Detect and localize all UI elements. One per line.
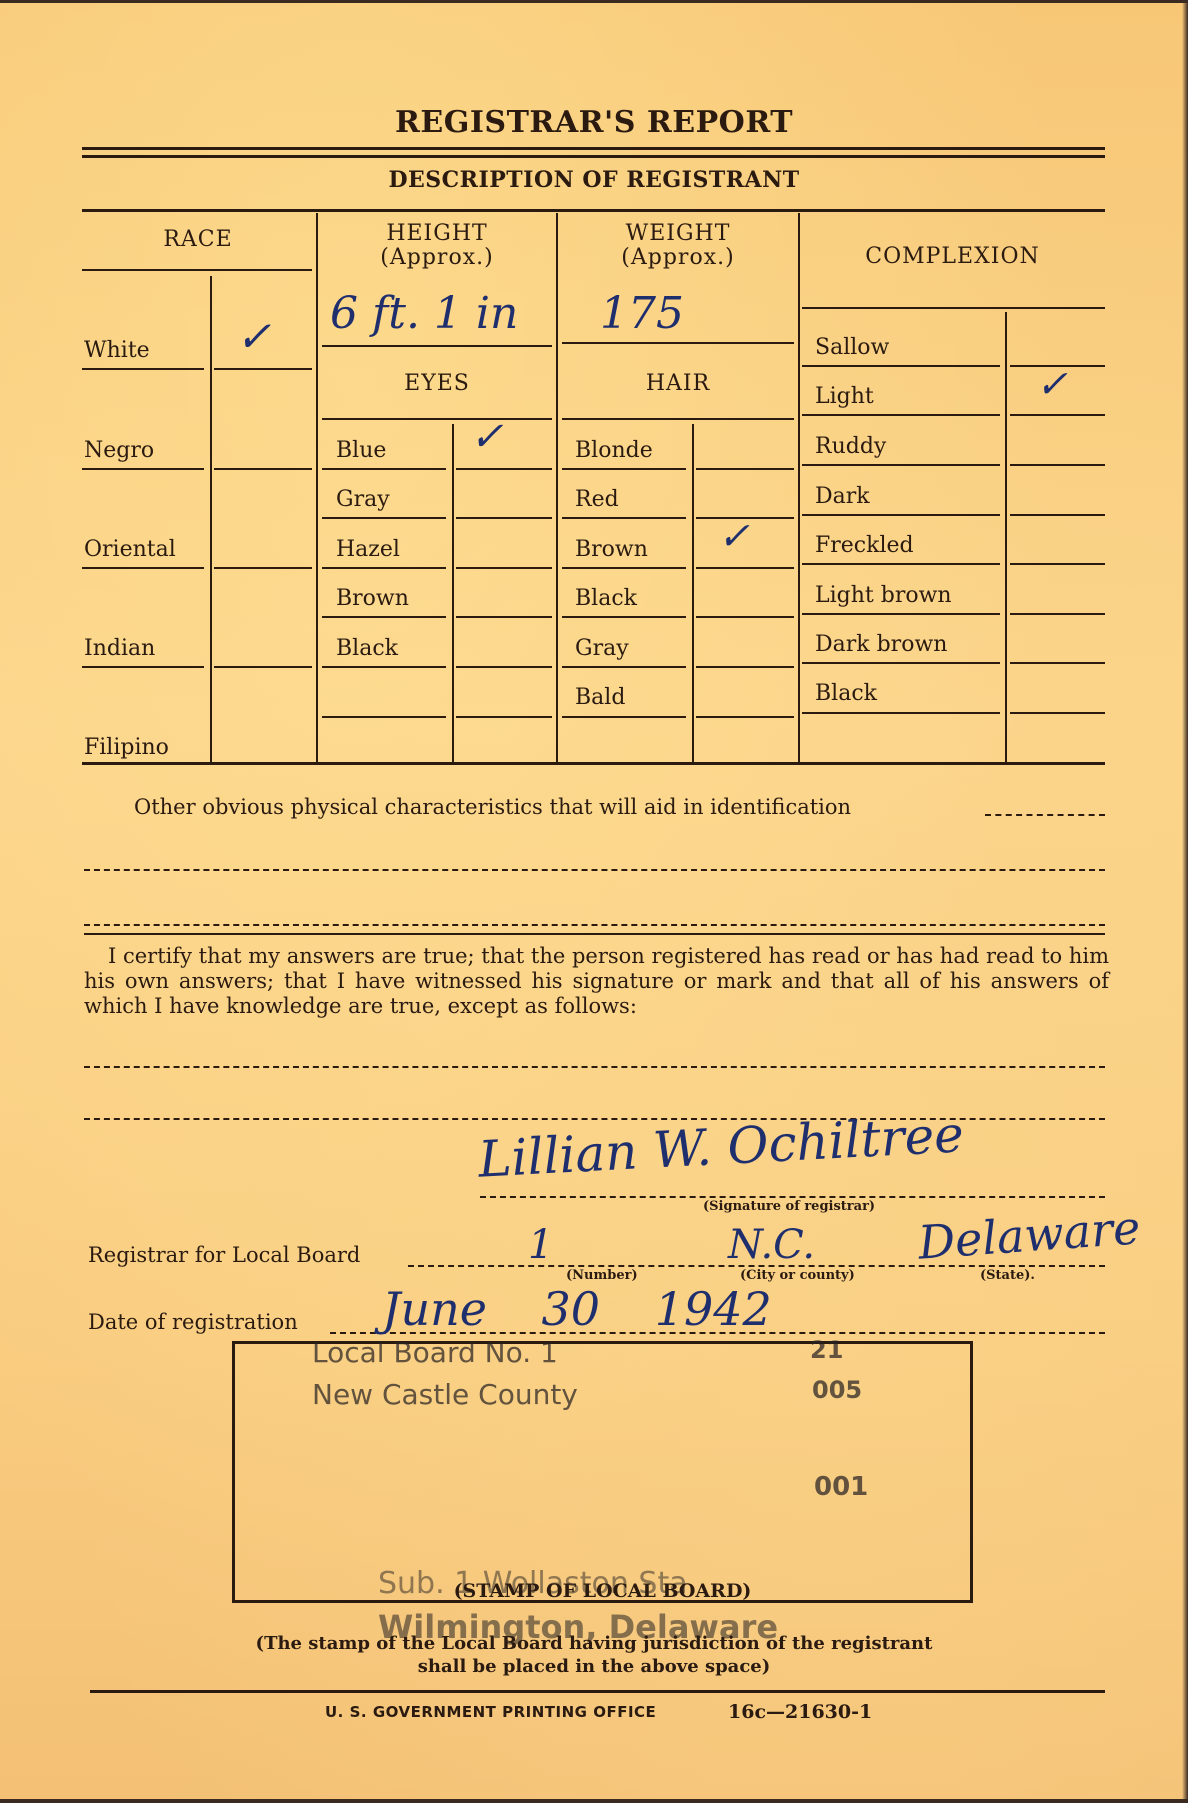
eyes-row-rule [456,517,552,519]
complexion-option-ruddy: Ruddy [815,434,886,459]
eyes-row-rule [322,468,446,470]
complexion-row-rule [802,712,1000,714]
complexion-option-dark: Dark [815,484,870,509]
complexion-row-rule [1010,464,1105,466]
eyes-header: EYES [318,372,556,396]
other-characteristics-label: Other obvious physical characteristics t… [134,795,851,820]
race-row-rule [82,368,204,370]
page-edge-bottom [0,1799,1188,1803]
eyes-option-gray: Gray [336,487,390,512]
complexion-option-light-brown: Light brown [815,583,952,608]
height-header: HEIGHT [318,222,556,246]
complexion-header-rule [802,307,1105,309]
hair-option-red: Red [575,487,619,512]
local-board-city[interactable]: N.C. [728,1222,815,1268]
hair-option-gray: Gray [575,636,629,661]
complexion-row-rule [1010,613,1105,615]
race-row-rule [214,567,312,569]
eyes-option-blue: Blue [336,438,386,463]
complexion-row-rule [802,563,1000,565]
hair-row-rule [562,616,686,618]
complexion-option-black: Black [815,681,877,706]
section-title: DESCRIPTION OF REGISTRANT [0,167,1188,193]
eyes-row-rule [322,567,446,569]
local-board-label: Registrar for Local Board [88,1243,360,1268]
complexion-row-rule [1010,712,1105,714]
stamp-code-3: 001 [814,1472,868,1502]
complexion-row-rule [802,365,1000,367]
race-option-white: White [84,338,150,363]
hair-option-black: Black [575,586,637,611]
stamp-instructions-line-2: shall be placed in the above space) [0,1656,1188,1677]
hair-row-rule [696,616,794,618]
complexion-row-rule [802,414,1000,416]
form-title: REGISTRAR'S REPORT [0,105,1188,140]
weight-header: WEIGHT [558,222,798,246]
race-row-rule [82,567,204,569]
eyes-option-brown: Brown [336,586,409,611]
race-row-rule [82,468,204,470]
hair-row-rule [696,716,794,718]
stamp-instructions-line-1: (The stamp of the Local Board having jur… [0,1633,1188,1654]
exceptions-line-1[interactable] [84,1066,1105,1068]
complexion-option-dark-brown: Dark brown [815,632,947,657]
race-check-column [210,276,212,763]
eyes-header-rule [322,418,552,420]
hair-row-rule [562,517,686,519]
race-row-rule [214,468,312,470]
race-row-rule [214,368,312,370]
complexion-row-rule [1010,563,1105,565]
complexion-light-checkmark[interactable]: ✓ [1036,362,1068,406]
eyes-row-rule [456,666,552,668]
title-rule-bottom [82,155,1105,158]
other-characteristics-line-1[interactable] [985,814,1105,816]
stamp-line-2: New Castle County [312,1378,578,1411]
hair-header: HAIR [558,372,798,396]
city-caption: (City or county) [740,1268,855,1283]
eyes-row-rule [456,468,552,470]
hair-option-blonde: Blonde [575,438,653,463]
eyes-row-rule [322,517,446,519]
complexion-option-sallow: Sallow [815,335,889,360]
table-bottom-rule [82,762,1105,765]
height-value-rule [322,345,552,347]
hair-row-rule [562,716,686,718]
eyes-blue-checkmark[interactable]: ✓ [470,414,504,460]
state-caption: (State). [980,1268,1035,1283]
race-white-checkmark[interactable]: ✓ [236,312,271,361]
hair-row-rule [562,567,686,569]
complexion-row-rule [802,514,1000,516]
signature-caption: (Signature of registrar) [703,1199,875,1214]
eyes-row-rule [322,616,446,618]
stamp-line-1: Local Board No. 1 [312,1336,558,1369]
table-top-rule [82,209,1105,212]
footer-rule [90,1690,1105,1693]
height-value[interactable]: 6 ft. 1 in [330,288,518,339]
complexion-row-rule [802,464,1000,466]
race-option-filipino: Filipino [84,735,169,760]
col-divider-height-weight [556,213,558,763]
eyes-row-rule [456,567,552,569]
other-characteristics-line-3[interactable] [84,924,1105,926]
document-page: REGISTRAR'S REPORT DESCRIPTION OF REGIST… [0,0,1188,1803]
eyes-row-rule [322,666,446,668]
complexion-option-freckled: Freckled [815,533,914,558]
certification-text: I certify that my answers are true; that… [84,944,1109,1019]
hair-header-rule [562,418,794,420]
race-row-rule [82,666,204,668]
race-option-negro: Negro [84,438,154,463]
col-divider-race-height [316,213,318,763]
race-header: RACE [82,228,314,252]
complexion-option-light: Light [815,384,874,409]
weight-value[interactable]: 175 [600,288,684,339]
weight-value-rule [562,342,794,344]
height-approx-label: (Approx.) [318,246,556,270]
stamp-caption: (STAMP OF LOCAL BOARD) [232,1580,973,1602]
eyes-row-rule [456,716,552,718]
race-option-oriental: Oriental [84,537,176,562]
stamp-code-1: 21 [810,1336,843,1364]
complexion-row-rule [802,613,1000,615]
complexion-header: COMPLEXION [800,245,1105,269]
eyes-option-hazel: Hazel [336,537,400,562]
local-board-state[interactable]: Delaware [916,1200,1141,1269]
page-edge-top [0,0,1188,3]
printer-imprint: U. S. GOVERNMENT PRINTING OFFICE [325,1703,656,1721]
hair-brown-checkmark[interactable]: ✓ [718,514,750,558]
col-divider-weight-complexion [798,213,800,763]
race-header-rule [82,269,312,271]
eyes-row-rule [456,616,552,618]
hair-check-column [692,424,694,763]
weight-approx-label: (Approx.) [558,246,798,270]
date-value[interactable]: June 30 1942 [382,1282,772,1336]
number-caption: (Number) [566,1268,638,1283]
title-rule-top [82,147,1105,150]
stamp-code-2: 005 [812,1376,862,1404]
complexion-row-rule [1010,662,1105,664]
hair-option-brown: Brown [575,537,648,562]
page-edge-right [1182,0,1188,1803]
complexion-row-rule [802,662,1000,664]
race-row-rule [214,666,312,668]
signature-line [480,1196,1105,1198]
form-code: 16c—21630-1 [728,1701,872,1723]
complexion-check-column [1005,312,1007,763]
complexion-row-rule [1010,414,1105,416]
eyes-option-black: Black [336,636,398,661]
hair-row-rule [696,666,794,668]
race-option-indian: Indian [84,636,155,661]
eyes-row-rule [322,716,446,718]
local-board-number[interactable]: 1 [528,1222,553,1268]
hair-row-rule [696,567,794,569]
hair-row-rule [562,666,686,668]
section-divider [84,933,1105,935]
hair-row-rule [696,468,794,470]
date-label: Date of registration [88,1310,298,1335]
hair-option-bald: Bald [575,685,625,710]
other-characteristics-line-2[interactable] [84,869,1105,871]
hair-row-rule [562,468,686,470]
complexion-row-rule [1010,514,1105,516]
eyes-check-column [452,424,454,763]
